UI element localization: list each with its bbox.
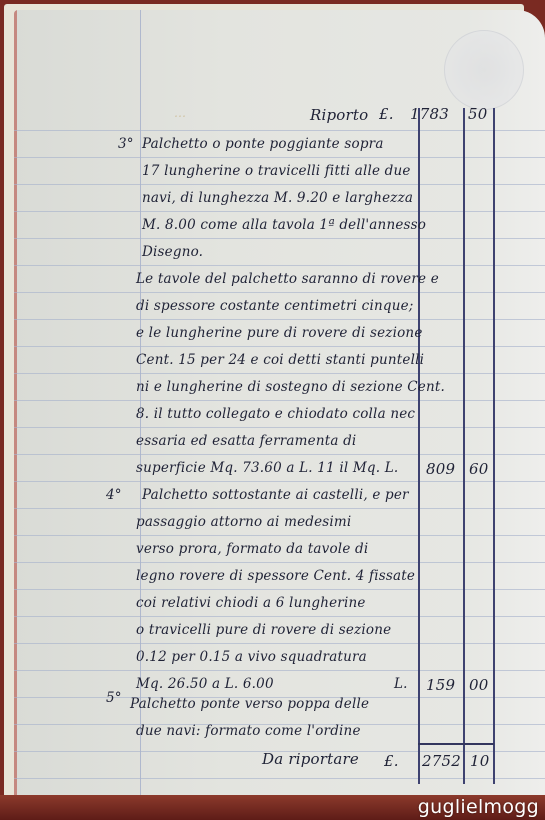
ruled-line: [14, 346, 545, 347]
total-underline: [418, 743, 494, 745]
entry-line: 8. il tutto collegato e chiodato colla n…: [136, 406, 415, 422]
entry-line: Mq. 26.50 a L. 6.00: [136, 676, 274, 692]
entry-line: e le lungherine pure di rovere di sezion…: [136, 325, 423, 341]
ruled-line: [14, 184, 545, 185]
lire-column-left-line: [418, 108, 420, 784]
entry-line: Palchetto sottostante ai castelli, e per: [142, 487, 409, 503]
entry-line: Disegno.: [142, 244, 203, 260]
ruled-line: [14, 292, 545, 293]
ruled-line: [14, 427, 545, 428]
entry-number: 4°: [106, 487, 122, 503]
entry-line: Cent. 15 per 24 e coi detti stanti punte…: [136, 352, 424, 368]
entry-line: Le tavole del palchetto saranno di rover…: [136, 271, 439, 287]
entry-line: Palchetto ponte verso poppa delle: [130, 696, 369, 712]
ruled-line: [14, 616, 545, 617]
entry-line: navi, di lunghezza M. 9.20 e larghezza: [142, 190, 413, 206]
total-lire: 2752: [422, 752, 461, 770]
entry-amount-lire: 809: [426, 460, 455, 478]
ruled-line: [14, 211, 545, 212]
entry-line: 17 lungherine o travicelli fitti alle du…: [142, 163, 411, 179]
currency-symbol: £.: [384, 752, 399, 770]
entry-line: o travicelli pure di rovere di sezione: [136, 622, 391, 638]
entry-amount-cents: 00: [469, 676, 489, 694]
carried-forward-lire: 1783: [410, 105, 449, 123]
ruled-line: [14, 400, 545, 401]
entry-line: ni e lungherine di sostegno di sezione C…: [136, 379, 445, 395]
pencil-note: …: [174, 106, 186, 120]
entry-line: Palchetto o ponte poggiante sopra: [142, 136, 384, 152]
embossed-seal: [444, 30, 524, 110]
carry-over-label: Da riportare: [262, 750, 359, 768]
entry-amount-prefix: L.: [394, 676, 408, 692]
entry-line: verso prora, formato da tavole di: [136, 541, 368, 557]
ruled-line: [14, 238, 545, 239]
ruled-line: [14, 481, 545, 482]
entry-amount-cents: 60: [469, 460, 489, 478]
ruled-line: [14, 535, 545, 536]
entry-line: di spessore costante centimetri cinque;: [136, 298, 414, 314]
entry-line: M. 8.00 come alla tavola 1ª dell'annesso: [142, 217, 426, 233]
ruled-line: [14, 562, 545, 563]
lire-cents-divider-line: [463, 108, 465, 784]
entry-line: superficie Mq. 73.60 a L. 11 il Mq. L.: [136, 460, 398, 476]
entry-line: passaggio attorno ai medesimi: [136, 514, 351, 530]
photo-credit-watermark: guglielmogg: [418, 796, 539, 818]
total-cents: 10: [470, 752, 490, 770]
currency-symbol: £.: [379, 105, 394, 123]
carried-forward-label: Riporto: [310, 106, 368, 124]
ruled-line: [14, 157, 545, 158]
ruled-line: [14, 778, 545, 779]
entry-number: 5°: [106, 690, 122, 706]
cents-column-right-line: [493, 108, 495, 784]
ruled-line: [14, 670, 545, 671]
entry-line: legno rovere di spessore Cent. 4 fissate: [136, 568, 415, 584]
ruled-line: [14, 319, 545, 320]
entry-amount-lire: 159: [426, 676, 455, 694]
entry-line: 0.12 per 0.15 a vivo squadratura: [136, 649, 367, 665]
ruled-line: [14, 589, 545, 590]
ruled-line: [14, 265, 545, 266]
entry-line: essaria ed esatta ferramenta di: [136, 433, 356, 449]
entry-line: due navi: formato come l'ordine: [136, 723, 361, 739]
ruled-line: [14, 130, 545, 131]
ruled-line: [14, 454, 545, 455]
entry-number: 3°: [118, 136, 134, 152]
ruled-line: [14, 643, 545, 644]
entry-line: coi relativi chiodi a 6 lungherine: [136, 595, 366, 611]
ruled-line: [14, 508, 545, 509]
ruled-line: [14, 373, 545, 374]
carried-forward-cents: 50: [468, 105, 488, 123]
ledger-page: … Riporto £. 1783 50 3° Palchetto o pont…: [14, 10, 545, 796]
